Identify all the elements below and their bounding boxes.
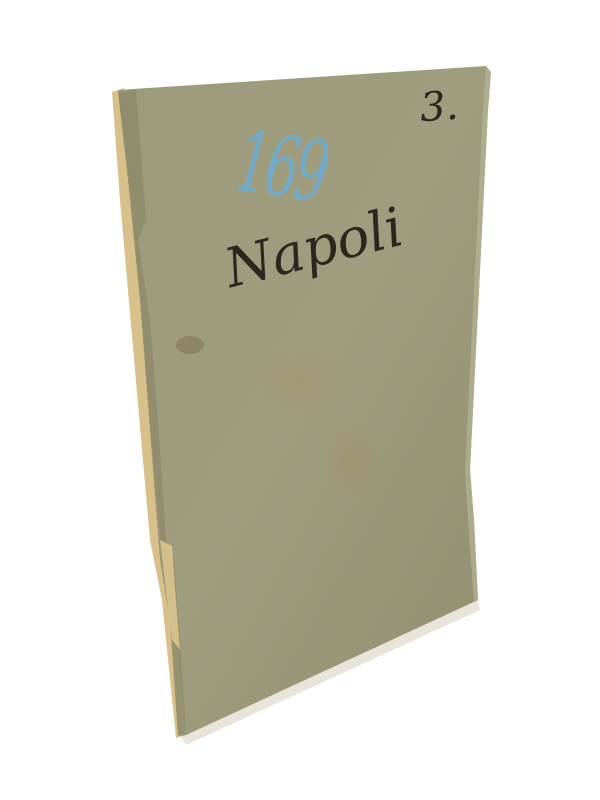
volume-number: 3. [418,83,459,132]
photo-stage: 169 3. Napoli [0,0,600,800]
inventory-number: 169 [230,112,331,221]
